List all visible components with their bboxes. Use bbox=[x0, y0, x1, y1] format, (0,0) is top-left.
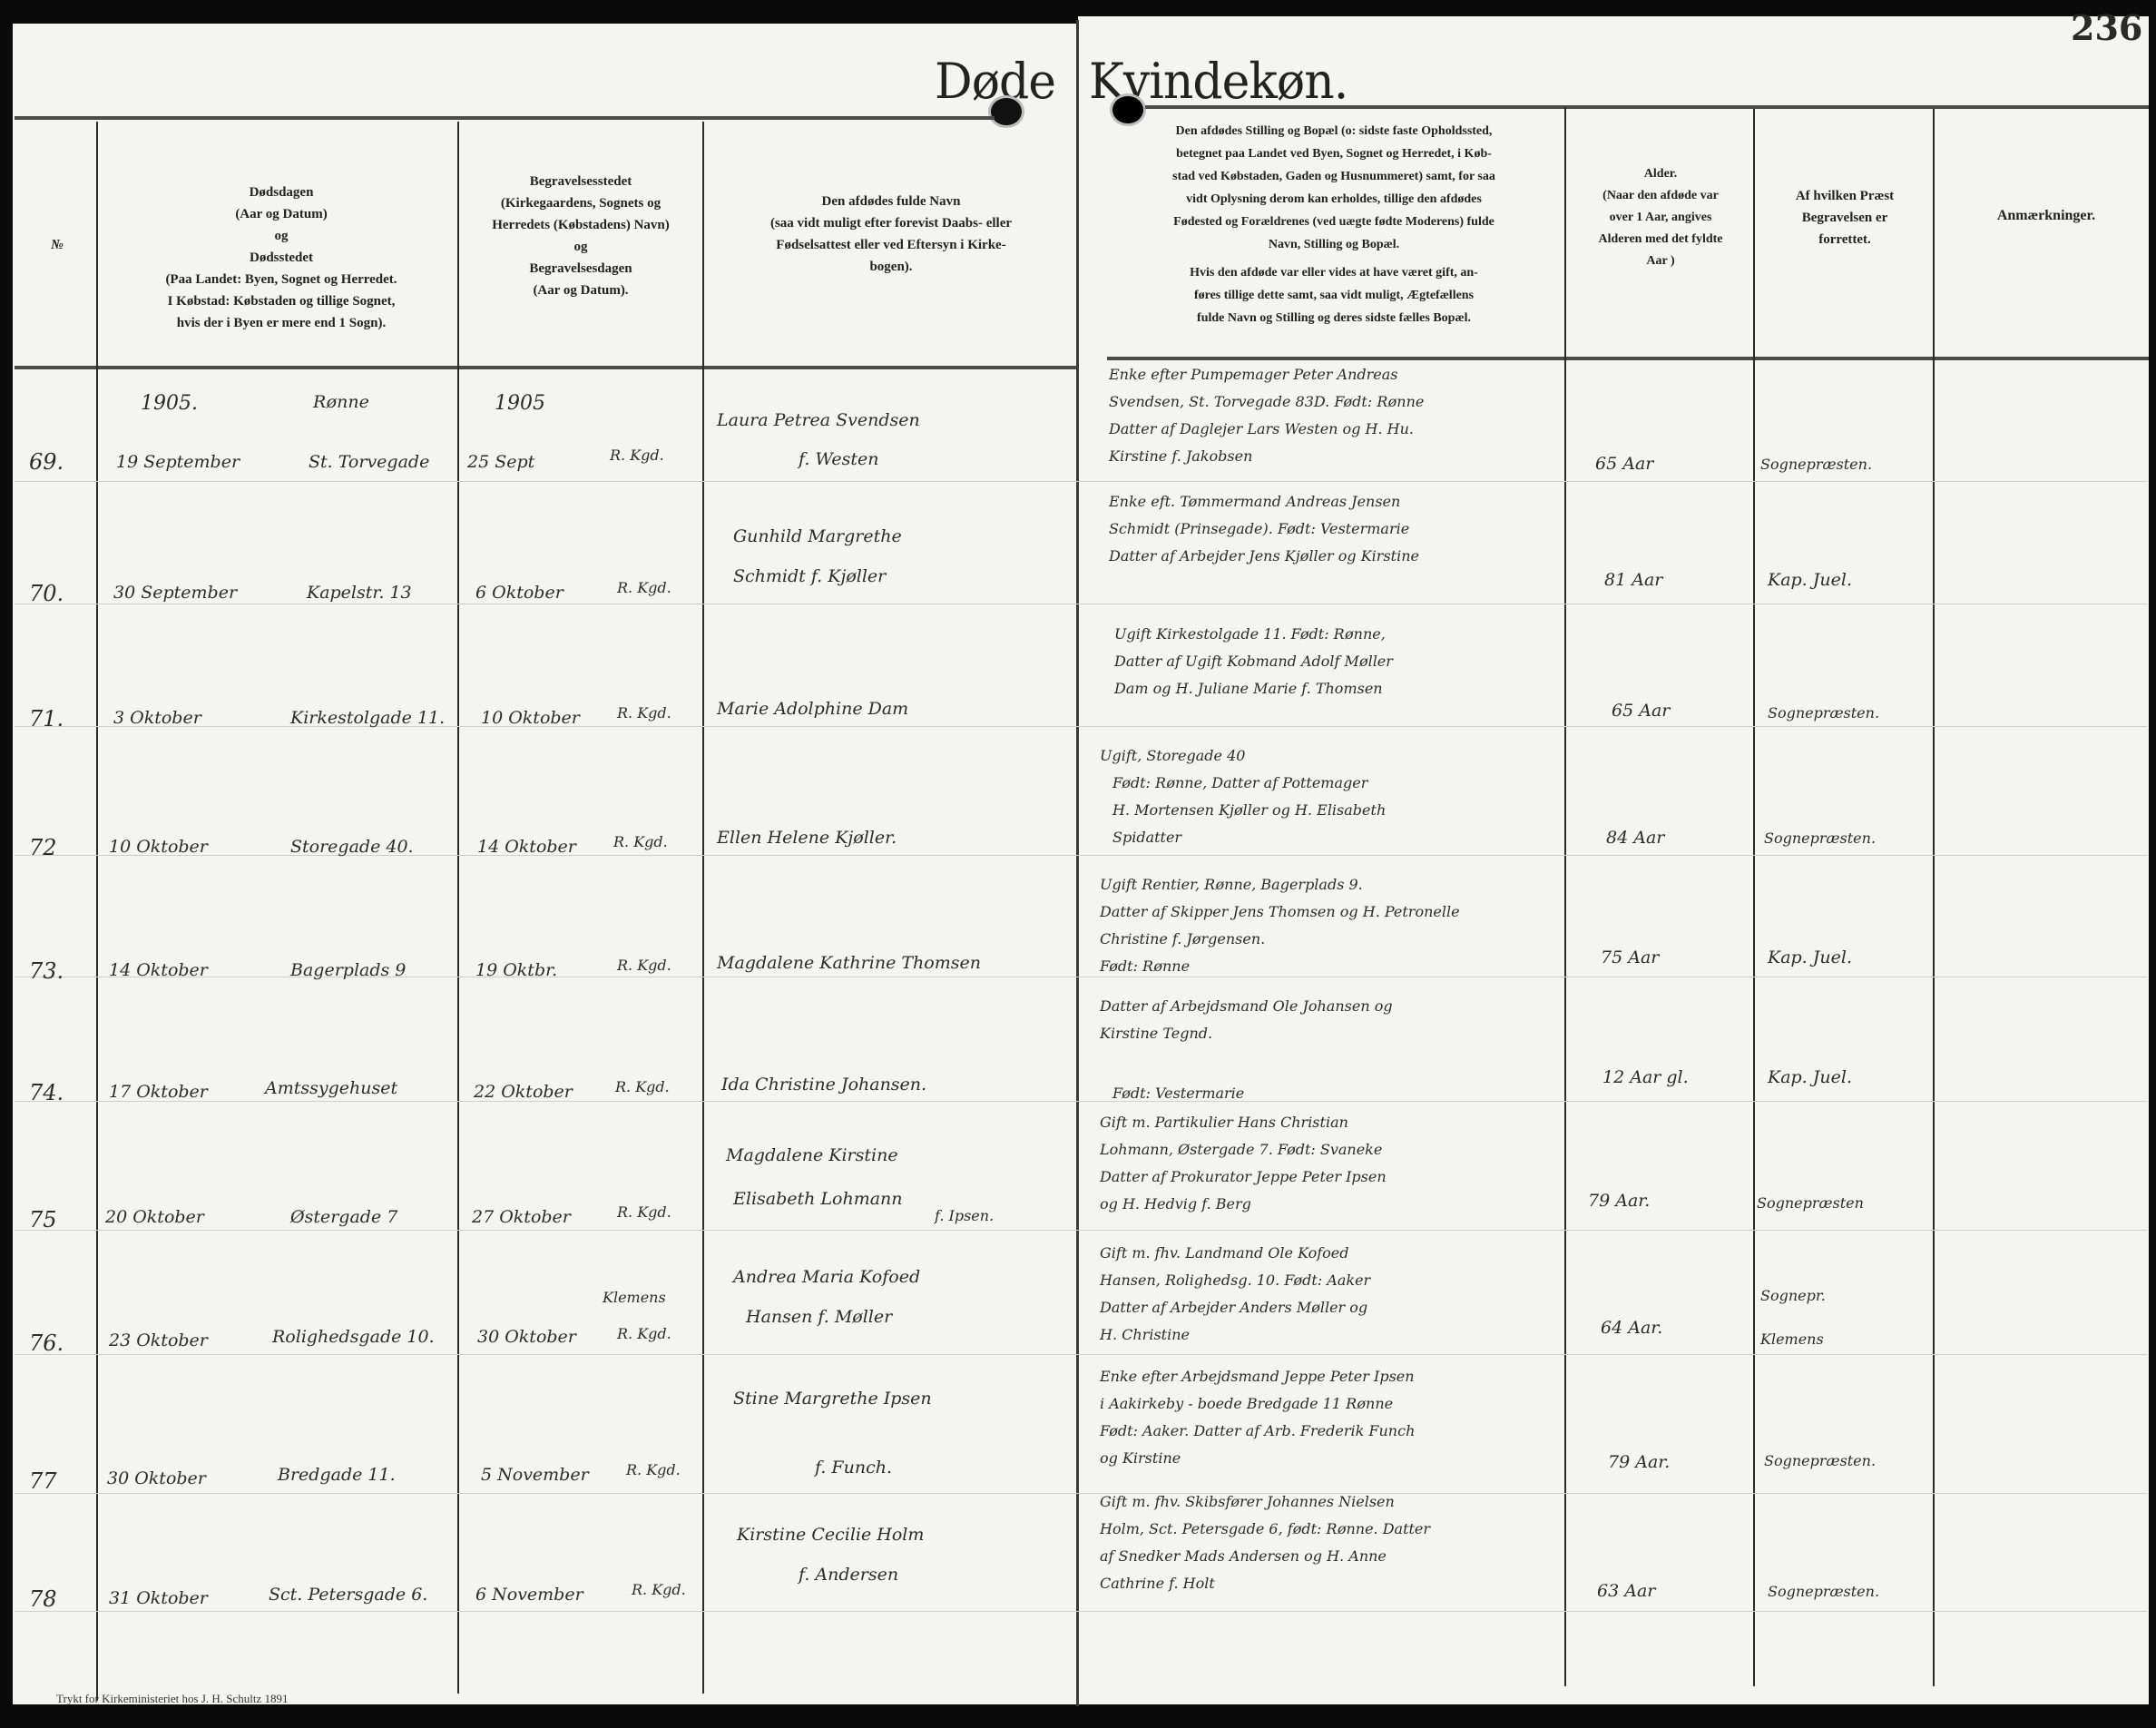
deceased-name: Stine Margrethe Ipsen bbox=[733, 1389, 932, 1409]
death-place: Storegade 40. bbox=[290, 837, 414, 857]
deceased-maiden-name: f. Ipsen. bbox=[935, 1207, 994, 1224]
status-residence: Ugift Rentier, Rønne, Bagerplads 9. Datt… bbox=[1100, 871, 1460, 980]
burial-year: 1905 bbox=[495, 392, 545, 415]
deceased-name: Ida Christine Johansen. bbox=[721, 1075, 926, 1095]
officiating-priest: Sognepræsten. bbox=[1760, 456, 1872, 473]
burial-note: Klemens bbox=[603, 1289, 666, 1306]
death-place: Sct. Petersgade 6. bbox=[269, 1585, 427, 1605]
burial-place: R. Kgd. bbox=[632, 1581, 686, 1598]
death-place-town: Rønne bbox=[313, 392, 369, 412]
death-date: 3 Oktober bbox=[113, 708, 201, 728]
column-divider bbox=[96, 122, 98, 1701]
header-remarks: Anmærkninger. bbox=[1942, 205, 2151, 227]
entry-number: 72 bbox=[29, 835, 57, 860]
death-date: 14 Oktober bbox=[109, 960, 208, 980]
row-rule bbox=[15, 1493, 2147, 1494]
status-residence: Enke efter Arbejdsmand Jeppe Peter Ipsen… bbox=[1100, 1363, 1415, 1472]
column-divider bbox=[1564, 107, 1566, 1686]
death-place: St. Torvegade bbox=[309, 452, 429, 472]
deceased-name: Laura Petrea Svendsen bbox=[717, 410, 920, 430]
death-date: 20 Oktober bbox=[105, 1207, 204, 1227]
death-date: 17 Oktober bbox=[109, 1082, 208, 1102]
status-residence: Gift m. fhv. Skibsfører Johannes Nielsen… bbox=[1100, 1488, 1430, 1597]
age: 64 Aar. bbox=[1601, 1318, 1662, 1338]
death-place: Bredgade 11. bbox=[278, 1465, 396, 1485]
officiating-priest: Kap. Juel. bbox=[1768, 947, 1852, 967]
burial-place: R. Kgd. bbox=[617, 1325, 671, 1342]
death-date: 23 Oktober bbox=[109, 1330, 208, 1350]
page-gutter bbox=[1076, 20, 1079, 1706]
death-date: 30 September bbox=[113, 583, 237, 603]
burial-date: 6 Oktober bbox=[475, 583, 563, 603]
age: 65 Aar bbox=[1612, 701, 1670, 721]
row-rule bbox=[15, 1611, 2147, 1612]
death-date: 31 Oktober bbox=[109, 1588, 208, 1608]
burial-place: R. Kgd. bbox=[617, 1203, 671, 1221]
entry-number: 78 bbox=[29, 1586, 57, 1612]
entry-number: 76. bbox=[29, 1330, 64, 1356]
header-priest: Af hvilken Præst Begravelsen er forrette… bbox=[1760, 185, 1929, 250]
deceased-maiden-name: Hansen f. Møller bbox=[746, 1307, 892, 1327]
binding-hole-left bbox=[991, 98, 1022, 125]
age: 81 Aar bbox=[1604, 570, 1662, 590]
header-number: № bbox=[18, 234, 96, 256]
status-residence: Enke eft. Tømmermand Andreas Jensen Schm… bbox=[1109, 488, 1419, 570]
burial-date: 10 Oktober bbox=[481, 708, 580, 728]
entry-number: 71. bbox=[29, 706, 64, 731]
status-residence: Ugift Kirkestolgade 11. Født: Rønne, Dat… bbox=[1114, 621, 1393, 702]
burial-date: 19 Oktbr. bbox=[475, 960, 557, 980]
deceased-maiden-name: f. Funch. bbox=[815, 1458, 892, 1478]
death-place: Amtssygehuset bbox=[265, 1078, 397, 1098]
deceased-name: Magdalene Kirstine bbox=[726, 1145, 898, 1165]
age: 63 Aar bbox=[1597, 1581, 1655, 1601]
status-residence: Datter af Arbejdsmand Ole Johansen og Ki… bbox=[1100, 993, 1393, 1107]
page-number: 236 bbox=[2071, 7, 2142, 48]
burial-place: R. Kgd. bbox=[615, 1078, 670, 1095]
officiating-priest: Sognepræsten bbox=[1757, 1194, 1864, 1212]
burial-date: 6 November bbox=[475, 1585, 583, 1605]
burial-place: R. Kgd. bbox=[617, 957, 671, 974]
burial-place: R. Kgd. bbox=[613, 833, 668, 850]
entry-number: 70. bbox=[29, 581, 64, 606]
status-residence: Enke efter Pumpemager Peter Andreas Sven… bbox=[1109, 361, 1424, 470]
header-rule-top-right bbox=[1145, 105, 2149, 109]
age: 84 Aar bbox=[1606, 828, 1664, 848]
header-death: Dødsdagen (Aar og Datum) og Dødsstedet (… bbox=[109, 182, 454, 334]
printer-imprint: Trykt for Kirkeministeriet hos J. H. Sch… bbox=[56, 1692, 289, 1706]
officiating-priest: Sognepræsten. bbox=[1768, 704, 1879, 722]
burial-place: R. Kgd. bbox=[617, 704, 671, 722]
row-rule bbox=[15, 481, 2147, 482]
column-divider bbox=[1753, 109, 1755, 1686]
burial-date: 25 Sept bbox=[467, 452, 534, 472]
officiating-priest: Sognepræsten. bbox=[1764, 830, 1876, 847]
deceased-name-2: Elisabeth Lohmann bbox=[733, 1189, 903, 1209]
death-date: 10 Oktober bbox=[109, 837, 208, 857]
deceased-name: Magdalene Kathrine Thomsen bbox=[717, 953, 981, 973]
header-name: Den afdødes fulde Navn (saa vidt muligt … bbox=[711, 191, 1071, 278]
death-place: Kirkestolgade 11. bbox=[290, 708, 445, 728]
row-rule bbox=[15, 604, 2147, 604]
header-age: Alder. (Naar den afdøde var over 1 Aar, … bbox=[1573, 163, 1748, 272]
death-place: Bagerplads 9 bbox=[290, 960, 406, 980]
deceased-maiden-name: f. Westen bbox=[799, 449, 879, 469]
death-place: Rolighedsgade 10. bbox=[272, 1327, 435, 1347]
deceased-name: Gunhild Margrethe bbox=[733, 526, 902, 546]
column-divider bbox=[457, 122, 459, 1694]
header-status: Den afdødes Stilling og Bopæl (o: sidste… bbox=[1107, 120, 1561, 329]
deceased-name: Kirstine Cecilie Holm bbox=[737, 1525, 924, 1545]
age: 65 Aar bbox=[1595, 454, 1653, 474]
burial-date: 27 Oktober bbox=[472, 1207, 571, 1227]
death-date: 30 Oktober bbox=[107, 1468, 206, 1488]
death-place: Kapelstr. 13 bbox=[307, 583, 412, 603]
burial-place: R. Kgd. bbox=[626, 1461, 681, 1478]
entry-number: 74. bbox=[29, 1080, 64, 1105]
header-burial: Begravelsesstedet (Kirkegaardens, Sognet… bbox=[463, 171, 699, 301]
burial-date: 5 November bbox=[481, 1465, 589, 1485]
status-residence: Gift m. Partikulier Hans Christian Lohma… bbox=[1100, 1109, 1387, 1218]
officiating-priest: Kap. Juel. bbox=[1768, 570, 1852, 590]
officiating-priest: Sognepræsten. bbox=[1768, 1583, 1879, 1600]
deceased-name: Ellen Helene Kjøller. bbox=[717, 828, 897, 848]
header-rule-top-left bbox=[15, 116, 995, 120]
deceased-maiden-name: Schmidt f. Kjøller bbox=[733, 566, 886, 586]
entry-number: 77 bbox=[29, 1468, 57, 1494]
entry-number: 75 bbox=[29, 1207, 57, 1232]
header-rule-bottom-right bbox=[1107, 357, 2149, 360]
burial-place: R. Kgd. bbox=[610, 447, 664, 464]
death-year: 1905. bbox=[141, 392, 198, 415]
death-date: 19 September bbox=[116, 452, 240, 472]
column-divider bbox=[702, 122, 704, 1694]
column-divider bbox=[1933, 109, 1935, 1686]
age: 12 Aar gl. bbox=[1602, 1067, 1689, 1087]
age: 79 Aar. bbox=[1608, 1452, 1670, 1472]
burial-date: 14 Oktober bbox=[477, 837, 576, 857]
header-rule-bottom-left bbox=[15, 366, 1076, 369]
age: 75 Aar bbox=[1601, 947, 1659, 967]
officiating-priest: Sognepræsten. bbox=[1764, 1452, 1876, 1469]
burial-place: R. Kgd. bbox=[617, 579, 671, 596]
death-place: Østergade 7 bbox=[290, 1207, 397, 1227]
age: 79 Aar. bbox=[1588, 1191, 1650, 1211]
deceased-name: Andrea Maria Kofoed bbox=[733, 1267, 920, 1287]
burial-date: 30 Oktober bbox=[477, 1327, 576, 1347]
row-rule bbox=[15, 1101, 2147, 1102]
entry-number: 69. bbox=[29, 449, 64, 475]
officiating-priest: Sognepr. Klemens bbox=[1760, 1274, 1878, 1361]
deceased-name: Marie Adolphine Dam bbox=[717, 699, 908, 719]
entry-number: 73. bbox=[29, 958, 64, 984]
burial-date: 22 Oktober bbox=[474, 1082, 573, 1102]
officiating-priest: Kap. Juel. bbox=[1768, 1067, 1852, 1087]
status-residence: Ugift, Storegade 40 Født: Rønne, Datter … bbox=[1100, 742, 1386, 851]
status-residence: Gift m. fhv. Landmand Ole Kofoed Hansen,… bbox=[1100, 1240, 1370, 1349]
row-rule bbox=[15, 1230, 2147, 1231]
deceased-maiden-name: f. Andersen bbox=[799, 1565, 898, 1585]
